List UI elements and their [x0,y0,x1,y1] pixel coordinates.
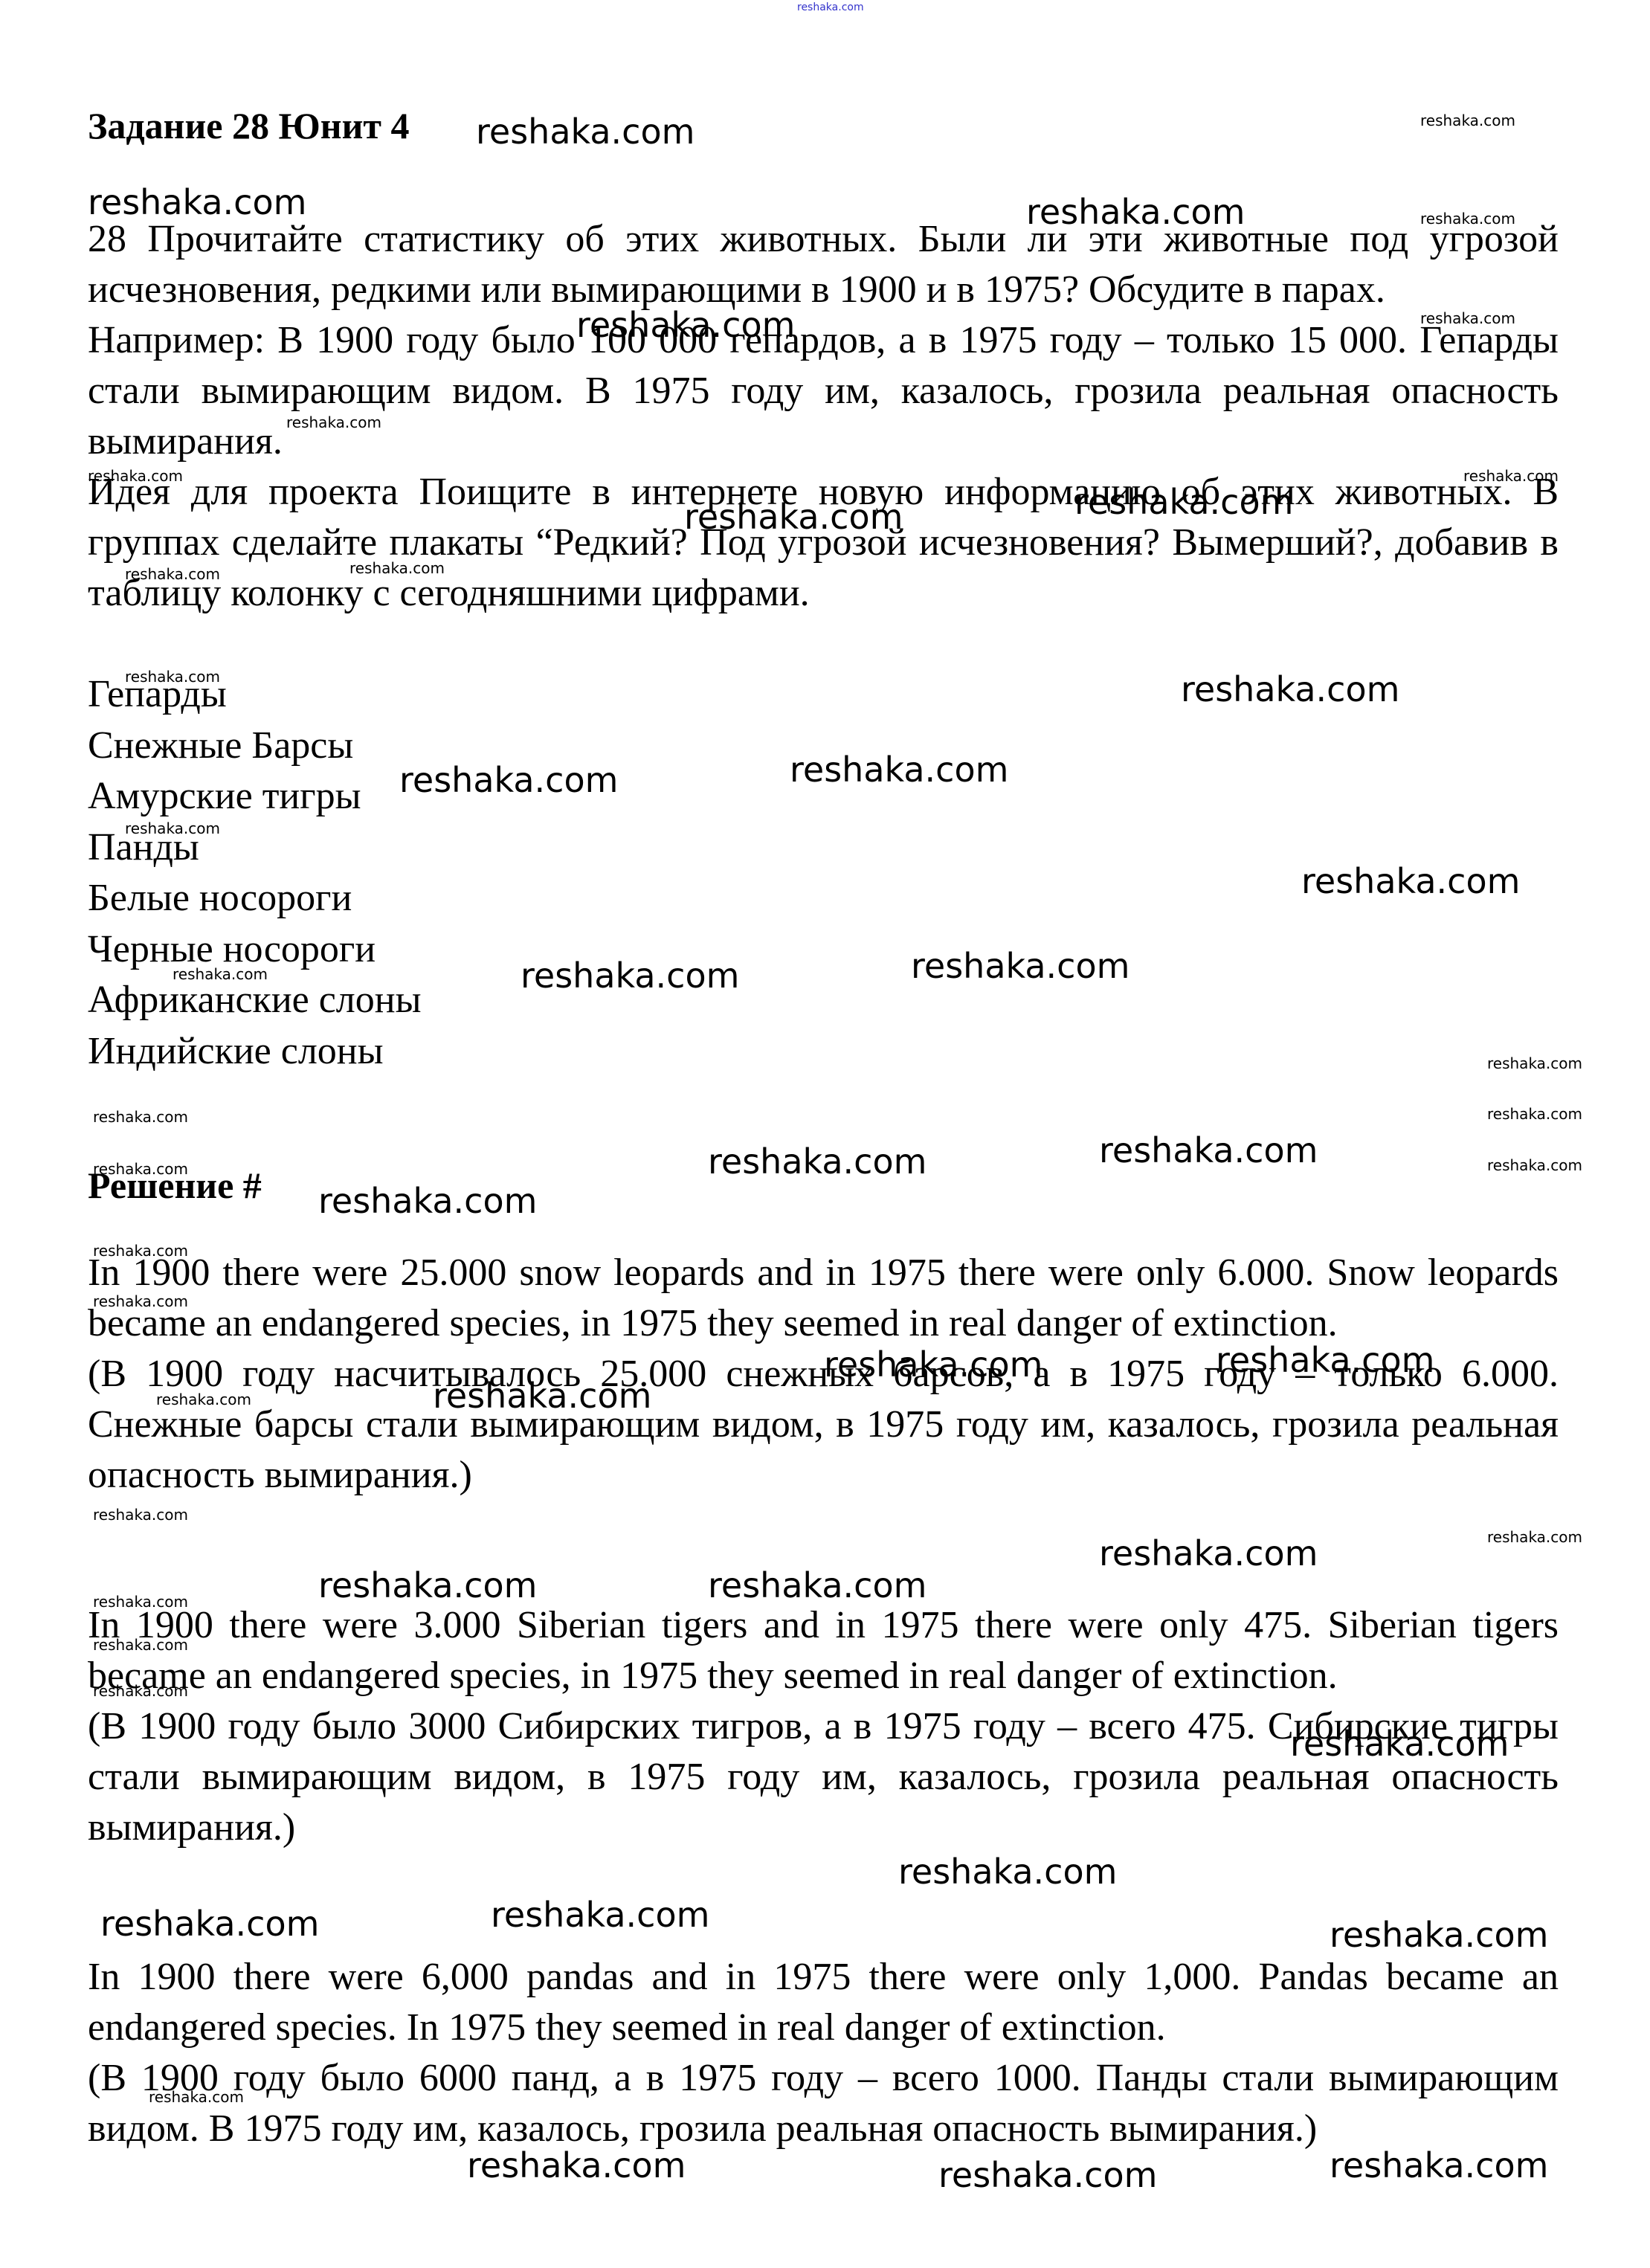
watermark: reshaka.com [1290,1724,1509,1764]
watermark: reshaka.com [1463,467,1559,485]
watermark: reshaka.com [93,1636,188,1654]
watermark: reshaka.com [491,1895,709,1935]
watermark: reshaka.com [100,1904,319,1944]
watermark: reshaka.com [318,1565,537,1605]
watermark: reshaka.com [521,956,739,996]
watermark: reshaka.com [1301,861,1520,901]
watermark: reshaka.com [708,1565,926,1605]
task-paragraph: Например: В 1900 году было 100 000 гепар… [88,315,1559,467]
watermark: reshaka.com [1487,1528,1582,1546]
watermark: reshaka.com [476,112,695,152]
watermark: reshaka.com [1216,1340,1434,1380]
watermark: reshaka.com [125,819,220,837]
watermark: reshaka.com [1420,309,1515,327]
watermark: reshaka.com [93,1242,188,1260]
watermark: reshaka.com [790,750,1008,790]
list-item: Индийские слоны [88,1026,422,1077]
watermark: reshaka.com [1487,1156,1582,1174]
watermark: reshaka.com [938,2155,1157,2195]
watermark: reshaka.com [156,1391,251,1408]
list-item: Амурские тигры [88,771,422,822]
watermark: reshaka.com [911,946,1129,986]
watermark: reshaka.com [1420,210,1515,228]
page-title: Задание 28 Юнит 4 [88,104,409,147]
list-item: Снежные Барсы [88,721,422,772]
watermark: reshaka.com [1420,112,1515,129]
watermark: reshaka.com [824,1344,1042,1385]
watermark: reshaka.com [708,1141,926,1182]
header-watermark: reshaka.com [797,1,864,13]
animal-list: Гепарды Снежные Барсы Амурские тигры Пан… [88,669,422,1077]
watermark: reshaka.com [93,1682,188,1700]
watermark: reshaka.com [1487,1105,1582,1123]
watermark: reshaka.com [433,1376,651,1416]
watermark: reshaka.com [318,1181,537,1221]
watermark: reshaka.com [349,559,445,577]
watermark: reshaka.com [684,497,903,537]
solution-english: In 1900 there were 6,000 pandas and in 1… [88,1952,1559,2053]
document-page: reshaka.com Задание 28 Юнит 4 28 Прочита… [0,0,1650,2268]
watermark: reshaka.com [93,1108,188,1126]
watermark: reshaka.com [88,467,183,485]
solution-english: In 1900 there were 3.000 Siberian tigers… [88,1600,1559,1701]
solution-english: In 1900 there were 25.000 snow leopards … [88,1248,1559,1349]
watermark: reshaka.com [125,668,220,686]
watermark: reshaka.com [1487,1054,1582,1072]
watermark: reshaka.com [1026,192,1245,232]
watermark: reshaka.com [149,2088,244,2106]
watermark: reshaka.com [286,413,381,431]
watermark: reshaka.com [576,305,795,345]
watermark: reshaka.com [93,1160,188,1178]
solution-russian: (В 1900 году было 6000 панд, а в 1975 го… [88,2053,1559,2154]
watermark: reshaka.com [125,565,220,583]
watermark: reshaka.com [399,760,618,800]
solution-entry-pandas: In 1900 there were 6,000 pandas and in 1… [88,1952,1559,2154]
watermark: reshaka.com [93,1292,188,1310]
watermark: reshaka.com [467,2145,686,2185]
watermark: reshaka.com [898,1852,1117,1892]
watermark: reshaka.com [1099,1533,1318,1573]
watermark: reshaka.com [1330,1915,1548,1955]
watermark: reshaka.com [93,1506,188,1524]
watermark: reshaka.com [88,182,306,222]
watermark: reshaka.com [173,965,268,983]
watermark: reshaka.com [1181,669,1399,709]
watermark: reshaka.com [1330,2145,1548,2185]
list-item: Белые носороги [88,873,422,924]
watermark: reshaka.com [1099,1130,1318,1170]
watermark: reshaka.com [1074,482,1293,522]
task-paragraph: Идея для проекта Поищите в интернете нов… [88,467,1559,619]
watermark: reshaka.com [93,1593,188,1611]
task-paragraph: 28 Прочитайте статистику об этих животны… [88,214,1559,315]
